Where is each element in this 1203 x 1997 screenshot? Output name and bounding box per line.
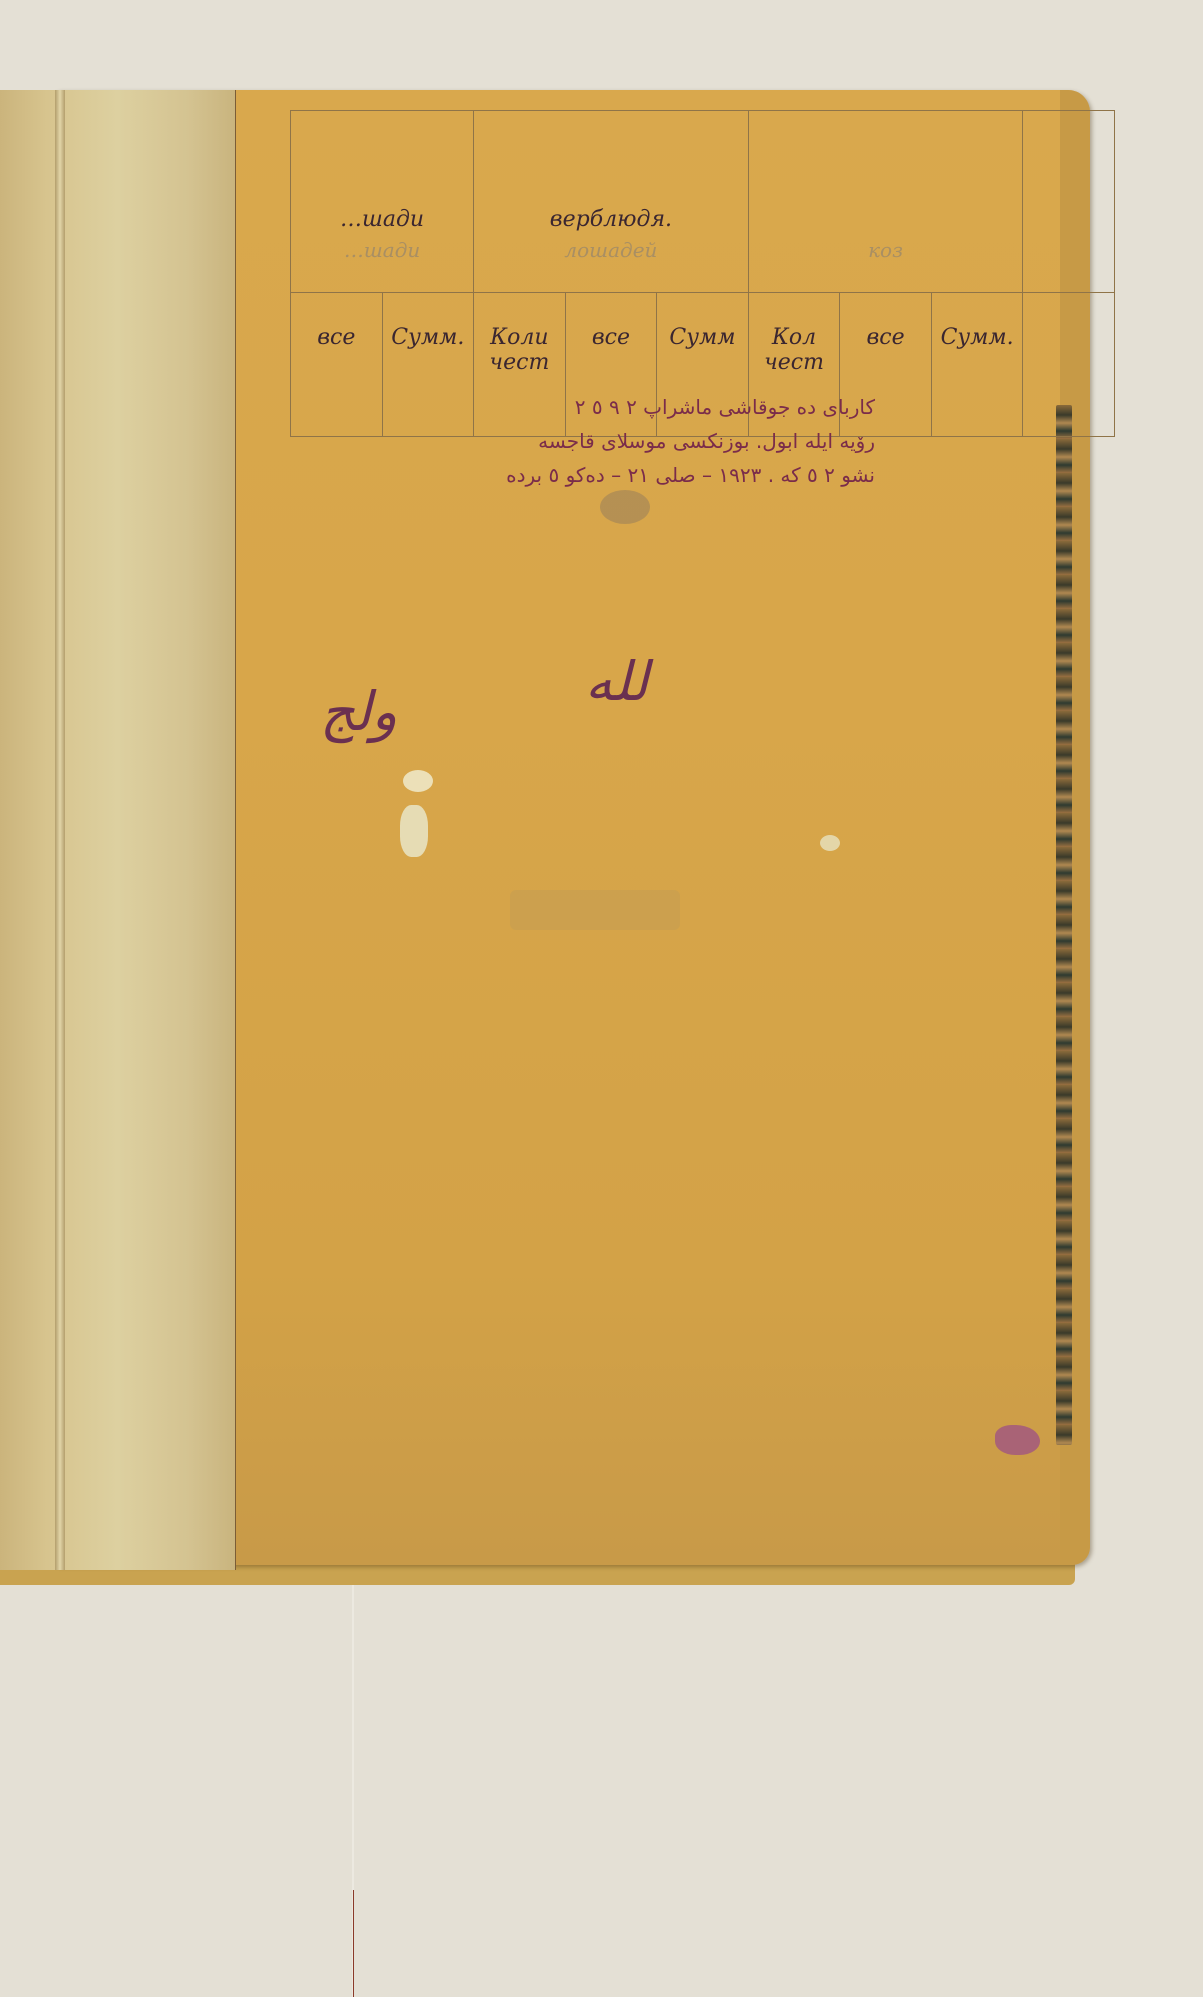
ledger-header-row: …шади …шади верблюдя. лошадей коз xyxy=(291,111,1115,293)
header-faint-label: коз xyxy=(750,238,1022,262)
paper-loss-spot xyxy=(403,770,433,792)
header-faint-label: …шади xyxy=(292,238,472,262)
subheader-cell xyxy=(1023,293,1115,437)
paper-loss-spot xyxy=(400,805,428,857)
header-faint-label: лошадей xyxy=(475,238,747,262)
subheader-cell: Сумм. xyxy=(931,293,1023,437)
large-mark-left: ولج xyxy=(320,680,397,743)
paper-loss-spot xyxy=(820,835,840,851)
background-seam-mark xyxy=(353,1890,354,1997)
marbled-spine xyxy=(1056,405,1072,1445)
header-cell-empty xyxy=(1023,111,1115,293)
tape-fold xyxy=(55,90,65,1570)
archival-folder: …шади …шади верблюдя. лошадей коз все Су… xyxy=(0,90,1090,1565)
purple-ink-blot xyxy=(995,1425,1040,1455)
ink-stain xyxy=(600,490,650,524)
large-mark-right: ﻟﻠﻪ xyxy=(585,650,648,713)
faded-stamp xyxy=(510,890,680,930)
note-line: کاربای دە جوقاشی ماشراپ ۲ ٩ ٥ ٢ xyxy=(315,390,875,424)
note-line: نشو ۲ ٥ کە . ١٩٢٣ – صلی ٢١ – دەکو ٥ برده xyxy=(315,458,875,492)
header-label: …шади xyxy=(340,207,424,232)
header-cell-horses: …шади …шади xyxy=(291,111,474,293)
header-cell-goats: коз xyxy=(748,111,1023,293)
handwritten-note: کاربای دە جوقاشی ماشراپ ۲ ٩ ٥ ٢ رۆیە ایل… xyxy=(315,390,875,492)
note-line: رۆیە ایلە ابول. بوزنکسی موسلای قاجسە xyxy=(315,424,875,458)
header-label: верблюдя. xyxy=(550,207,672,232)
spine-tape xyxy=(0,90,236,1570)
header-cell-camels: верблюдя. лошадей xyxy=(474,111,749,293)
ledger-table: …шади …шади верблюдя. лошадей коз все Су… xyxy=(290,110,1115,390)
